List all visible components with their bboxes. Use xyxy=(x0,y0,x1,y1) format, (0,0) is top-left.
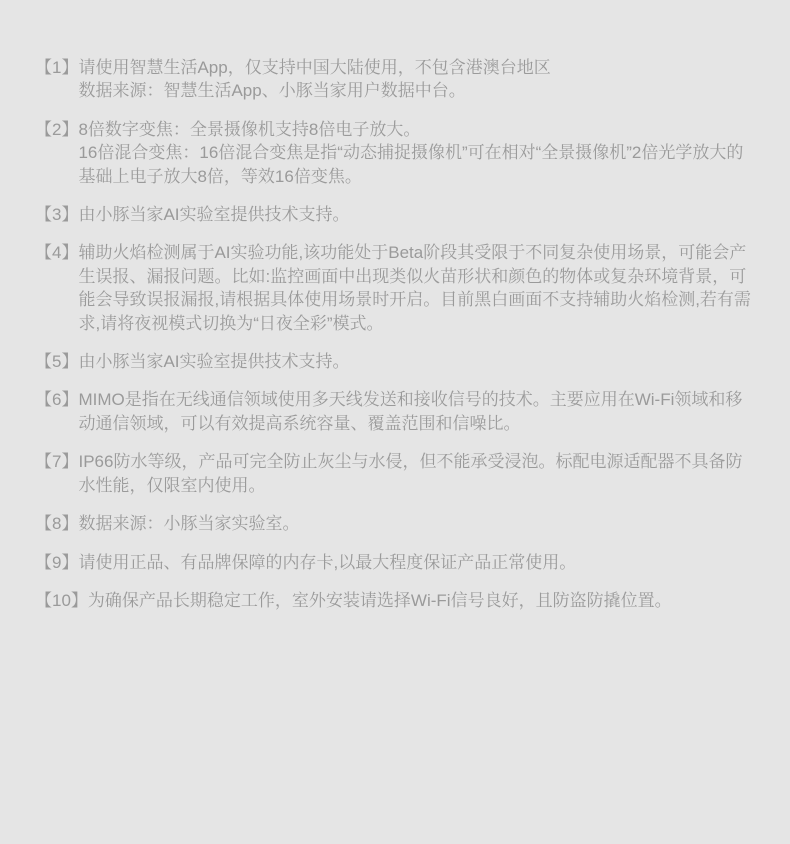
footnote-body: MIMO是指在无线通信领域使用多天线发送和接收信号的技术。主要应用在Wi-Fi领… xyxy=(78,388,758,435)
footnote-text: 辅助火焰检测属于AI实验功能,该功能处于Beta阶段其受限于不同复杂使用场景，可… xyxy=(78,241,758,335)
footnote-item: 【7】 IP66防水等级，产品可完全防止灰尘与水侵，但不能承受浸泡。标配电源适配… xyxy=(35,450,758,497)
footnote-item: 【5】 由小豚当家AI实验室提供技术支持。 xyxy=(35,350,758,373)
footnote-text: IP66防水等级，产品可完全防止灰尘与水侵，但不能承受浸泡。标配电源适配器不具备… xyxy=(78,450,758,497)
footnote-body: 为确保产品长期稳定工作，室外安装请选择Wi-Fi信号良好，且防盗防撬位置。 xyxy=(88,589,758,612)
footnote-text: MIMO是指在无线通信领域使用多天线发送和接收信号的技术。主要应用在Wi-Fi领… xyxy=(78,388,758,435)
footnote-body: IP66防水等级，产品可完全防止灰尘与水侵，但不能承受浸泡。标配电源适配器不具备… xyxy=(78,450,758,497)
footnote-marker: 【4】 xyxy=(35,241,78,264)
footnote-marker: 【6】 xyxy=(35,388,78,411)
footnote-item: 【2】 8倍数字变焦：全景摄像机支持8倍电子放大。 16倍混合变焦：16倍混合变… xyxy=(35,118,758,188)
footnote-marker: 【1】 xyxy=(35,56,78,79)
footnote-marker: 【3】 xyxy=(35,203,78,226)
footnote-text: 8倍数字变焦：全景摄像机支持8倍电子放大。 xyxy=(78,118,758,141)
footnote-text: 数据来源：智慧生活App、小豚当家用户数据中台。 xyxy=(78,79,758,102)
footnote-body: 由小豚当家AI实验室提供技术支持。 xyxy=(78,203,758,226)
footnote-text: 由小豚当家AI实验室提供技术支持。 xyxy=(78,203,758,226)
footnote-text: 数据来源：小豚当家实验室。 xyxy=(78,512,758,535)
footnote-item: 【10】 为确保产品长期稳定工作，室外安装请选择Wi-Fi信号良好，且防盗防撬位… xyxy=(35,589,758,612)
footnote-item: 【9】 请使用正品、有品牌保障的内存卡,以最大程度保证产品正常使用。 xyxy=(35,551,758,574)
footnote-text: 由小豚当家AI实验室提供技术支持。 xyxy=(78,350,758,373)
footnote-item: 【3】 由小豚当家AI实验室提供技术支持。 xyxy=(35,203,758,226)
product-footnotes-panel: 【1】 请使用智慧生活App，仅支持中国大陆使用，不包含港澳台地区 数据来源：智… xyxy=(0,0,790,844)
footnote-item: 【6】 MIMO是指在无线通信领域使用多天线发送和接收信号的技术。主要应用在Wi… xyxy=(35,388,758,435)
footnote-marker: 【8】 xyxy=(35,512,78,535)
footnote-marker: 【9】 xyxy=(35,551,78,574)
footnote-marker: 【5】 xyxy=(35,350,78,373)
footnote-body: 由小豚当家AI实验室提供技术支持。 xyxy=(78,350,758,373)
footnote-text: 为确保产品长期稳定工作，室外安装请选择Wi-Fi信号良好，且防盗防撬位置。 xyxy=(88,589,758,612)
footnote-text: 请使用正品、有品牌保障的内存卡,以最大程度保证产品正常使用。 xyxy=(78,551,758,574)
footnote-item: 【4】 辅助火焰检测属于AI实验功能,该功能处于Beta阶段其受限于不同复杂使用… xyxy=(35,241,758,335)
footnote-marker: 【10】 xyxy=(35,589,88,612)
footnote-body: 请使用正品、有品牌保障的内存卡,以最大程度保证产品正常使用。 xyxy=(78,551,758,574)
footnote-body: 辅助火焰检测属于AI实验功能,该功能处于Beta阶段其受限于不同复杂使用场景，可… xyxy=(78,241,758,335)
footnote-body: 请使用智慧生活App，仅支持中国大陆使用，不包含港澳台地区 数据来源：智慧生活A… xyxy=(78,56,758,103)
footnote-item: 【8】 数据来源：小豚当家实验室。 xyxy=(35,512,758,535)
footnote-text: 请使用智慧生活App，仅支持中国大陆使用，不包含港澳台地区 xyxy=(78,56,758,79)
footnote-item: 【1】 请使用智慧生活App，仅支持中国大陆使用，不包含港澳台地区 数据来源：智… xyxy=(35,56,758,103)
footnote-body: 8倍数字变焦：全景摄像机支持8倍电子放大。 16倍混合变焦：16倍混合变焦是指“… xyxy=(78,118,758,188)
footnote-marker: 【7】 xyxy=(35,450,78,473)
footnote-body: 数据来源：小豚当家实验室。 xyxy=(78,512,758,535)
footnote-text: 16倍混合变焦：16倍混合变焦是指“动态捕捉摄像机”可在相对“全景摄像机”2倍光… xyxy=(78,141,758,188)
footnote-marker: 【2】 xyxy=(35,118,78,141)
